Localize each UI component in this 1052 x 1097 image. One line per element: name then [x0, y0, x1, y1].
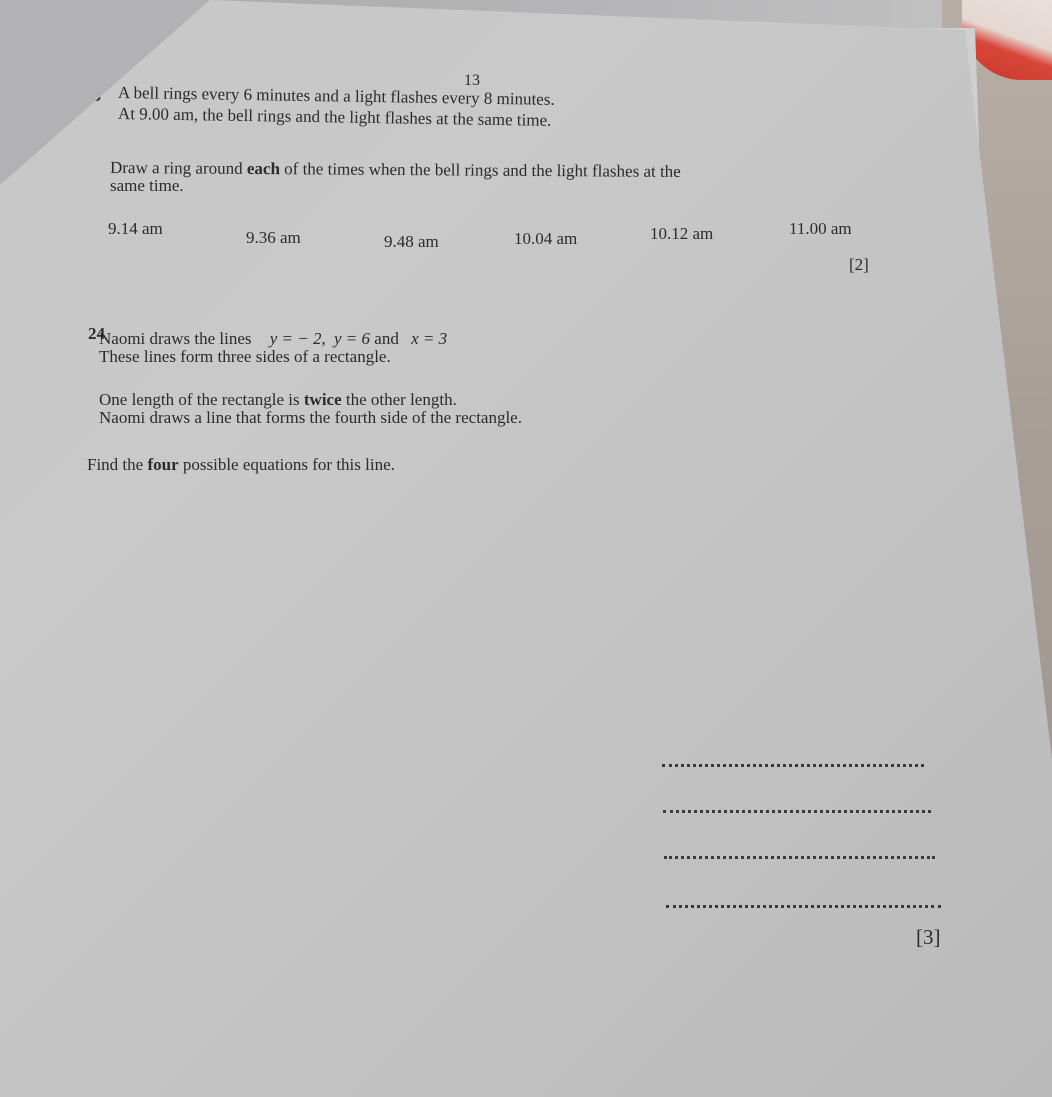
page-number: 13	[464, 72, 480, 90]
answer-line-4[interactable]	[666, 905, 941, 908]
question-24-text-line-3: One length of the rectangle is twice the…	[99, 390, 457, 410]
question-24-text-line-1: Naomi draws the lines y = − 2, y = 6 and…	[99, 329, 447, 349]
time-option[interactable]: 11.00 am	[789, 219, 852, 239]
question-23-instruction-line-2: same time.	[110, 176, 184, 196]
equation-x-3: x = 3	[411, 329, 447, 348]
time-option[interactable]: 9.36 am	[246, 228, 301, 248]
exam-paper: 13 23 A bell rings every 6 minutes and a…	[0, 0, 1052, 1097]
equation-y-minus-2: y = − 2,	[270, 329, 326, 348]
answer-line-2[interactable]	[663, 810, 931, 813]
question-24-text-line-4: Naomi draws a line that forms the fourth…	[99, 408, 522, 428]
answer-line-3[interactable]	[664, 856, 935, 859]
question-24-text-line-2: These lines form three sides of a rectan…	[99, 347, 391, 367]
and-word: and	[374, 329, 399, 348]
line-text: the other length.	[342, 390, 457, 409]
answer-line-1[interactable]	[662, 764, 924, 767]
instruction-text: Draw a ring around	[110, 158, 247, 178]
question-24-marks: [3]	[916, 925, 941, 950]
equation-y-6: y = 6	[334, 329, 370, 348]
question-23-instruction: Draw a ring around each of the times whe…	[110, 158, 681, 182]
instruction-text: of the times when the bell rings and the…	[280, 159, 681, 181]
task-text: Find the	[87, 455, 147, 474]
line-text: One length of the rectangle is	[99, 390, 304, 409]
time-option[interactable]: 10.12 am	[650, 224, 713, 244]
instruction-emphasis: each	[247, 159, 280, 178]
time-option[interactable]: 10.04 am	[514, 229, 577, 249]
task-emphasis: four	[147, 455, 178, 474]
question-23-marks: [2]	[849, 255, 869, 275]
question-24-task: Find the four possible equations for thi…	[87, 455, 395, 475]
line-emphasis: twice	[304, 390, 342, 409]
time-option[interactable]: 9.48 am	[384, 232, 439, 252]
task-text: possible equations for this line.	[179, 455, 395, 474]
time-option[interactable]: 9.14 am	[108, 219, 163, 239]
question-24-intro: Naomi draws the lines	[99, 329, 252, 348]
